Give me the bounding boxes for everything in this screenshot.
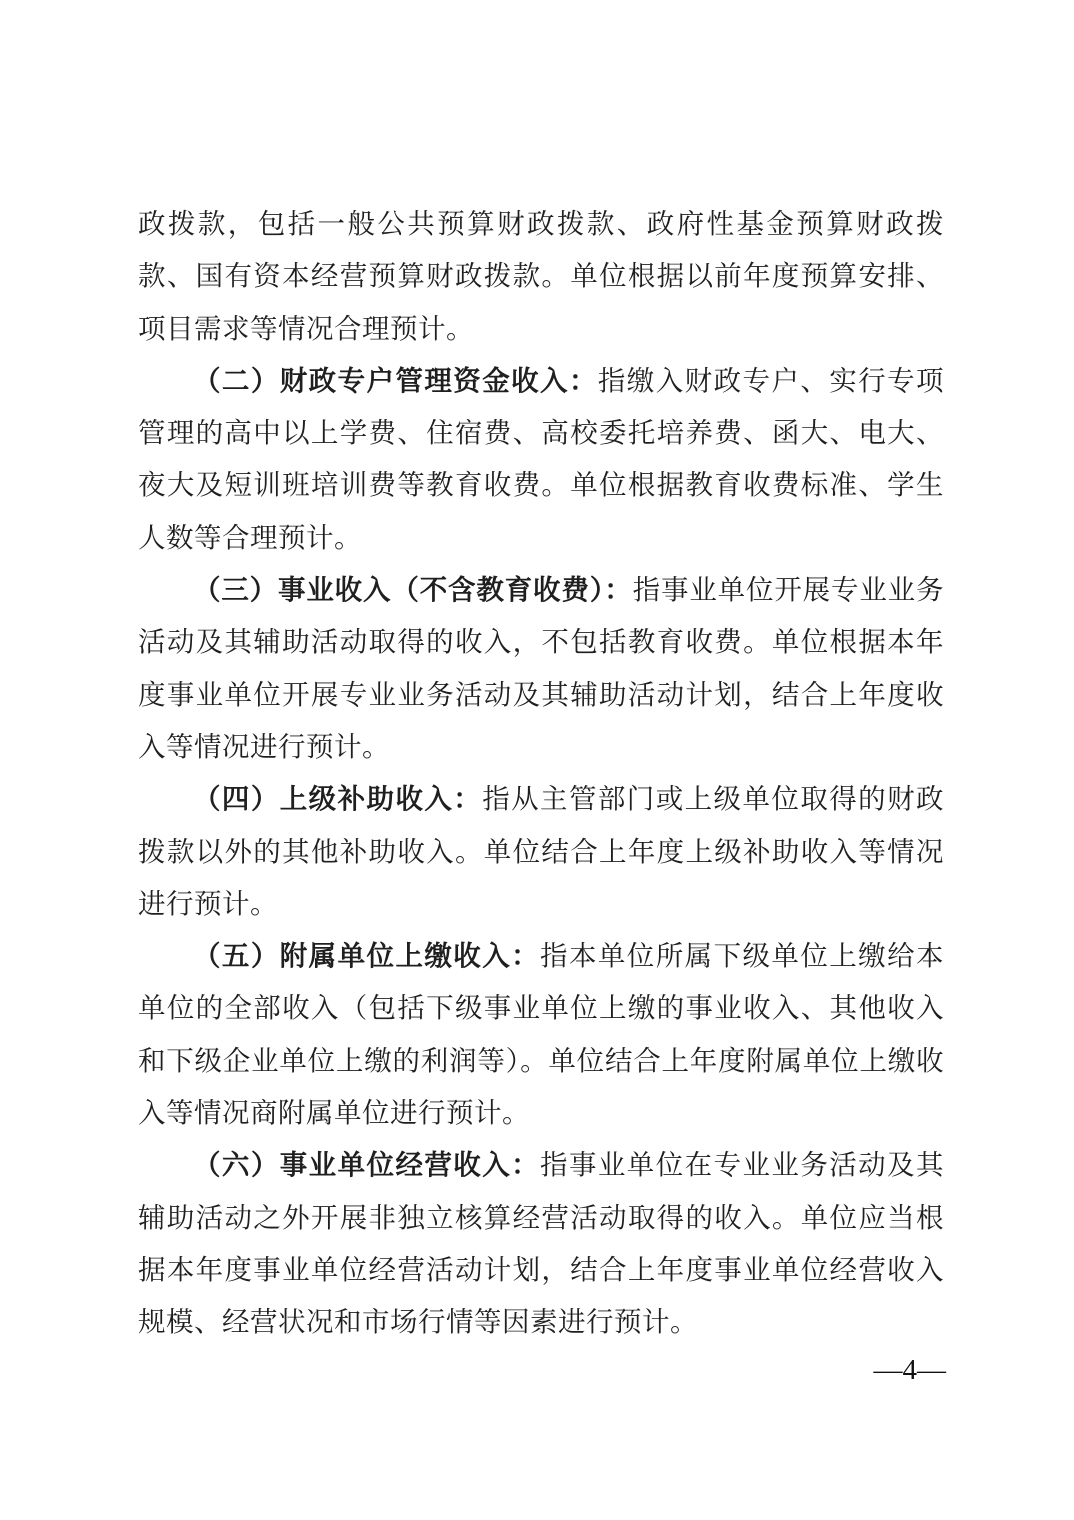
paragraph-text: 政拨款，包括一般公共预算财政拨款、政府性基金预算财政拨款、国有资本经营预算财政拨… xyxy=(138,208,944,344)
document-page: 政拨款，包括一般公共预算财政拨款、政府性基金预算财政拨款、国有资本经营预算财政拨… xyxy=(0,0,1074,1520)
paragraph-heading: （四）上级补助收入： xyxy=(193,783,482,814)
paragraph-heading: （六）事业单位经营收入： xyxy=(193,1149,540,1180)
document-body: 政拨款，包括一般公共预算财政拨款、政府性基金预算财政拨款、国有资本经营预算财政拨… xyxy=(138,198,944,1349)
paragraph-heading: （二）财政专户管理资金收入： xyxy=(193,365,598,396)
page-number: —4— xyxy=(874,1348,947,1392)
paragraph-item-4: （四）上级补助收入：指从主管部门或上级单位取得的财政拨款以外的其他补助收入。单位… xyxy=(138,773,944,930)
paragraph-heading: （三）事业收入（不含教育收费）： xyxy=(193,574,633,605)
paragraph-continuation: 政拨款，包括一般公共预算财政拨款、政府性基金预算财政拨款、国有资本经营预算财政拨… xyxy=(138,198,944,355)
paragraph-item-2: （二）财政专户管理资金收入：指缴入财政专户、实行专项管理的高中以上学费、住宿费、… xyxy=(138,355,944,564)
paragraph-item-5: （五）附属单位上缴收入：指本单位所属下级单位上缴给本单位的全部收入（包括下级事业… xyxy=(138,930,944,1139)
paragraph-item-6: （六）事业单位经营收入：指事业单位在专业业务活动及其辅助活动之外开展非独立核算经… xyxy=(138,1139,944,1348)
paragraph-item-3: （三）事业收入（不含教育收费）：指事业单位开展专业业务活动及其辅助活动取得的收入… xyxy=(138,564,944,773)
paragraph-heading: （五）附属单位上缴收入： xyxy=(193,940,540,971)
